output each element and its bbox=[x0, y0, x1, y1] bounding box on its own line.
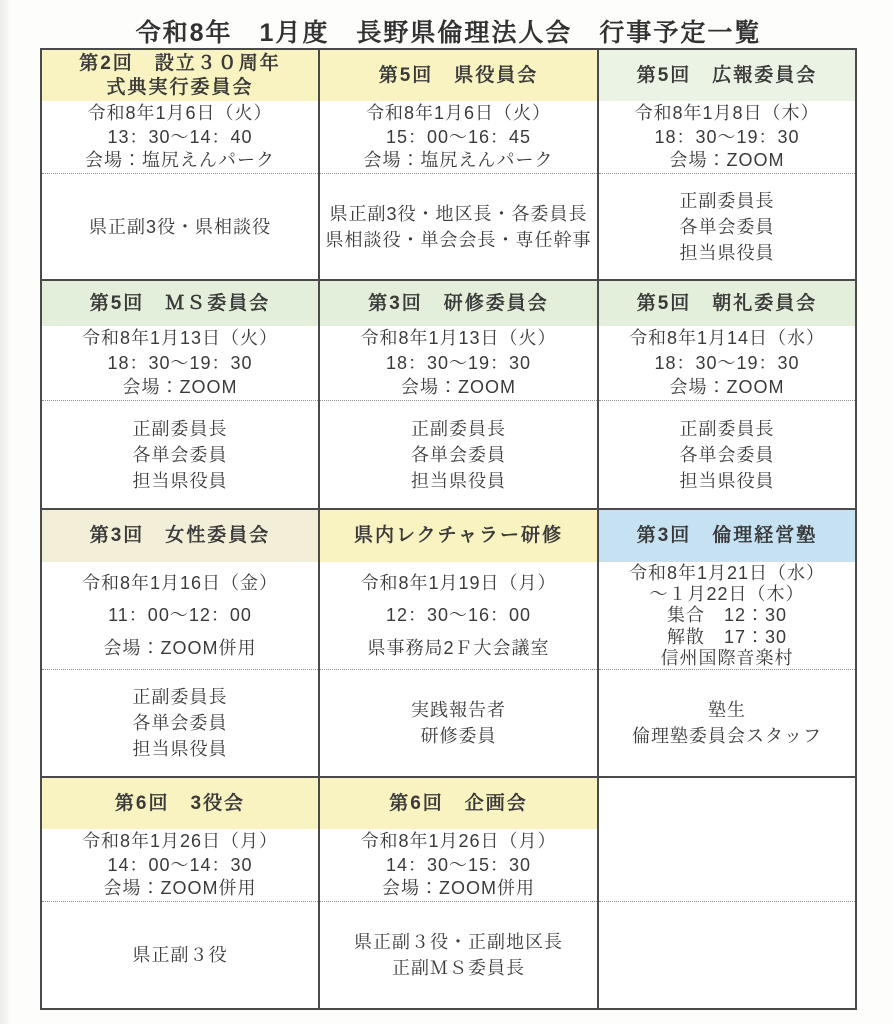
event-header: 第5回 広報委員会 bbox=[599, 50, 855, 101]
event-header: 第5回 県役員会 bbox=[320, 50, 597, 101]
event-card-womens-committee: 第3回 女性委員会 令和8年1月16日（金） 11：00～12：00 会場：ZO… bbox=[42, 510, 320, 778]
scan-edge-shadow bbox=[0, 0, 12, 1024]
attendee-line: 担当県役員 bbox=[680, 240, 775, 266]
attendee-line: 正副ＭＳ委員長 bbox=[392, 955, 525, 981]
event-time: 18：30～19：30 bbox=[654, 126, 799, 149]
attendee-line: 各単会委員 bbox=[133, 710, 228, 736]
attendee-line: 正副委員長 bbox=[680, 416, 775, 442]
event-venue: 会場：ZOOM bbox=[401, 376, 516, 399]
event-time: 18：30～19：30 bbox=[386, 352, 531, 375]
event-date: ～１月22日（木） bbox=[649, 584, 804, 604]
event-header: 第3回 倫理経営塾 bbox=[599, 510, 855, 562]
event-card-planning-meeting: 第6回 企画会 令和8年1月26日（月） 14：30～15：30 会場：ZOOM… bbox=[320, 778, 599, 1008]
event-attendees: 県正副３役・正副地区長 正副ＭＳ委員長 bbox=[320, 902, 597, 1008]
attendee-line: 研修委員 bbox=[421, 723, 497, 749]
event-header: 第5回 朝礼委員会 bbox=[599, 281, 855, 326]
event-card-ceremony-committee: 第2回 設立３０周年 式典実行委員会 令和8年1月6日（火） 13：30～14：… bbox=[42, 50, 320, 281]
event-venue: 県事務局2Ｆ大会議室 bbox=[367, 637, 549, 660]
event-time: 13：30～14：40 bbox=[107, 126, 252, 149]
attendee-line: 各単会委員 bbox=[133, 442, 228, 468]
event-time: 18：30～19：30 bbox=[107, 352, 252, 375]
event-date: 令和8年1月13日（火） bbox=[360, 327, 556, 350]
event-card-pr-committee: 第5回 広報委員会 令和8年1月8日（木） 18：30～19：30 会場：ZOO… bbox=[599, 50, 855, 281]
event-header: 第2回 設立３０周年 式典実行委員会 bbox=[42, 50, 318, 101]
event-title-line: 第3回 女性委員会 bbox=[90, 524, 271, 548]
event-schedule: 令和8年1月26日（月） 14：30～15：30 会場：ZOOM併用 bbox=[320, 829, 597, 902]
event-attendees: 正副委員長 各単会委員 担当県役員 bbox=[42, 670, 318, 776]
event-schedule: 令和8年1月14日（水） 18：30～19：30 会場：ZOOM bbox=[599, 326, 855, 401]
event-time: 12：30～16：00 bbox=[386, 604, 531, 627]
attendee-line: 正副委員長 bbox=[133, 416, 228, 442]
event-time: 集合 12：30 bbox=[667, 605, 787, 625]
attendee-line: 県正副3役・地区長・各委員長 bbox=[329, 201, 587, 227]
event-title-line: 第6回 企画会 bbox=[389, 792, 528, 816]
event-header: 県内レクチャラー研修 bbox=[320, 510, 597, 562]
attendee-line: 担当県役員 bbox=[133, 736, 228, 762]
event-time: 14：30～15：30 bbox=[386, 854, 531, 877]
event-title-line: 第5回 ＭＳ委員会 bbox=[90, 292, 271, 316]
event-venue: 会場：ZOOM bbox=[670, 376, 785, 399]
event-schedule: 令和8年1月21日（水） ～１月22日（木） 集合 12：30 解散 17：30… bbox=[599, 562, 855, 670]
empty-attendees bbox=[599, 902, 855, 1008]
attendee-line: 県相談役・単会会長・専任幹事 bbox=[326, 227, 592, 253]
event-venue: 会場：ZOOM bbox=[670, 149, 785, 172]
attendee-line: 県正副３役・正副地区長 bbox=[354, 929, 563, 955]
event-venue: 会場：ZOOM併用 bbox=[382, 877, 535, 900]
attendee-line: 担当県役員 bbox=[680, 468, 775, 494]
event-attendees: 正副委員長 各単会委員 担当県役員 bbox=[599, 174, 855, 279]
event-time: 14：00～14：30 bbox=[107, 854, 252, 877]
event-date: 令和8年1月14日（水） bbox=[629, 327, 825, 350]
event-schedule: 令和8年1月13日（火） 18：30～19：30 会場：ZOOM bbox=[320, 326, 597, 401]
event-card-morning-assembly-committee: 第5回 朝礼委員会 令和8年1月14日（水） 18：30～19：30 会場：ZO… bbox=[599, 281, 855, 510]
attendee-line: 実践報告者 bbox=[411, 697, 506, 723]
event-header: 第6回 企画会 bbox=[320, 778, 597, 829]
event-attendees: 県正副3役・県相談役 bbox=[42, 174, 318, 279]
event-date: 令和8年1月8日（木） bbox=[634, 102, 819, 125]
attendee-line: 各単会委員 bbox=[411, 442, 506, 468]
attendee-line: 塾生 bbox=[708, 697, 746, 723]
schedule-table: 第2回 設立３０周年 式典実行委員会 令和8年1月6日（火） 13：30～14：… bbox=[40, 48, 857, 1010]
attendee-line: 担当県役員 bbox=[411, 468, 506, 494]
attendee-line: 正副委員長 bbox=[133, 684, 228, 710]
event-venue: 会場：ZOOM併用 bbox=[104, 877, 257, 900]
event-title-line: 式典実行委員会 bbox=[106, 76, 253, 100]
page-title: 令和8年 1月度 長野県倫理法人会 行事予定一覧 bbox=[40, 13, 857, 49]
event-time: 15：00～16：45 bbox=[386, 126, 531, 149]
event-title-line: 県内レクチャラー研修 bbox=[354, 524, 563, 548]
empty-header bbox=[599, 778, 855, 829]
event-header: 第6回 3役会 bbox=[42, 778, 318, 829]
event-venue: 会場：塩尻えんパーク bbox=[364, 149, 554, 172]
event-card-three-officers-meeting: 第6回 3役会 令和8年1月26日（月） 14：00～14：30 会場：ZOOM… bbox=[42, 778, 320, 1008]
event-card-prefectural-officers: 第5回 県役員会 令和8年1月6日（火） 15：00～16：45 会場：塩尻えん… bbox=[320, 50, 599, 281]
event-title-line: 第5回 朝礼委員会 bbox=[637, 292, 818, 316]
attendee-line: 各単会委員 bbox=[680, 442, 775, 468]
event-date: 令和8年1月26日（月） bbox=[82, 830, 278, 853]
event-card-training-committee: 第3回 研修委員会 令和8年1月13日（火） 18：30～19：30 会場：ZO… bbox=[320, 281, 599, 510]
attendee-line: 各単会委員 bbox=[680, 214, 775, 240]
event-header: 第5回 ＭＳ委員会 bbox=[42, 281, 318, 326]
event-date: 令和8年1月16日（金） bbox=[82, 572, 278, 595]
event-title-line: 第5回 県役員会 bbox=[379, 64, 539, 88]
event-date: 令和8年1月26日（月） bbox=[360, 830, 556, 853]
empty-cell bbox=[599, 778, 855, 1008]
event-title-line: 第3回 倫理経営塾 bbox=[637, 524, 818, 548]
event-venue: 信州国際音楽村 bbox=[661, 648, 794, 668]
event-header: 第3回 研修委員会 bbox=[320, 281, 597, 326]
event-time: 18：30～19：30 bbox=[654, 352, 799, 375]
event-title-line: 第3回 研修委員会 bbox=[368, 292, 549, 316]
event-date: 令和8年1月21日（水） bbox=[629, 563, 825, 583]
event-date: 令和8年1月19日（月） bbox=[360, 572, 556, 595]
attendee-line: 正副委員長 bbox=[411, 416, 506, 442]
attendee-line: 県正副３役 bbox=[133, 942, 228, 968]
event-attendees: 正副委員長 各単会委員 担当県役員 bbox=[42, 401, 318, 508]
event-schedule: 令和8年1月16日（金） 11：00～12：00 会場：ZOOM併用 bbox=[42, 562, 318, 670]
event-card-ms-committee: 第5回 ＭＳ委員会 令和8年1月13日（火） 18：30～19：30 会場：ZO… bbox=[42, 281, 320, 510]
event-schedule: 令和8年1月26日（月） 14：00～14：30 会場：ZOOM併用 bbox=[42, 829, 318, 902]
event-card-ethics-management-school: 第3回 倫理経営塾 令和8年1月21日（水） ～１月22日（木） 集合 12：3… bbox=[599, 510, 855, 778]
empty-schedule bbox=[599, 829, 855, 902]
event-venue: 会場：ZOOM bbox=[123, 376, 238, 399]
attendee-line: 県正副3役・県相談役 bbox=[89, 214, 271, 240]
event-attendees: 県正副3役・地区長・各委員長 県相談役・単会会長・専任幹事 bbox=[320, 174, 597, 279]
event-header: 第3回 女性委員会 bbox=[42, 510, 318, 562]
event-date: 令和8年1月6日（火） bbox=[87, 102, 272, 125]
event-schedule: 令和8年1月6日（火） 15：00～16：45 会場：塩尻えんパーク bbox=[320, 101, 597, 174]
event-attendees: 県正副３役 bbox=[42, 902, 318, 1008]
event-schedule: 令和8年1月19日（月） 12：30～16：00 県事務局2Ｆ大会議室 bbox=[320, 562, 597, 670]
event-schedule: 令和8年1月8日（木） 18：30～19：30 会場：ZOOM bbox=[599, 101, 855, 174]
event-date: 令和8年1月13日（火） bbox=[82, 327, 278, 350]
event-venue: 会場：ZOOM併用 bbox=[104, 637, 257, 660]
event-title-line: 第6回 3役会 bbox=[115, 792, 245, 816]
event-card-lecturer-training: 県内レクチャラー研修 令和8年1月19日（月） 12：30～16：00 県事務局… bbox=[320, 510, 599, 778]
event-time: 11：00～12：00 bbox=[108, 604, 252, 627]
event-attendees: 正副委員長 各単会委員 担当県役員 bbox=[320, 401, 597, 508]
event-time: 解散 17：30 bbox=[667, 627, 787, 647]
event-schedule: 令和8年1月13日（火） 18：30～19：30 会場：ZOOM bbox=[42, 326, 318, 401]
event-schedule: 令和8年1月6日（火） 13：30～14：40 会場：塩尻えんパーク bbox=[42, 101, 318, 174]
event-attendees: 塾生 倫理塾委員会スタッフ bbox=[599, 670, 855, 776]
attendee-line: 正副委員長 bbox=[680, 188, 775, 214]
event-venue: 会場：塩尻えんパーク bbox=[85, 149, 275, 172]
event-title-line: 第2回 設立３０周年 bbox=[79, 52, 281, 76]
event-date: 令和8年1月6日（火） bbox=[366, 102, 551, 125]
event-attendees: 正副委員長 各単会委員 担当県役員 bbox=[599, 401, 855, 508]
event-attendees: 実践報告者 研修委員 bbox=[320, 670, 597, 776]
attendee-line: 倫理塾委員会スタッフ bbox=[632, 723, 822, 749]
event-title-line: 第5回 広報委員会 bbox=[637, 64, 818, 88]
attendee-line: 担当県役員 bbox=[133, 468, 228, 494]
